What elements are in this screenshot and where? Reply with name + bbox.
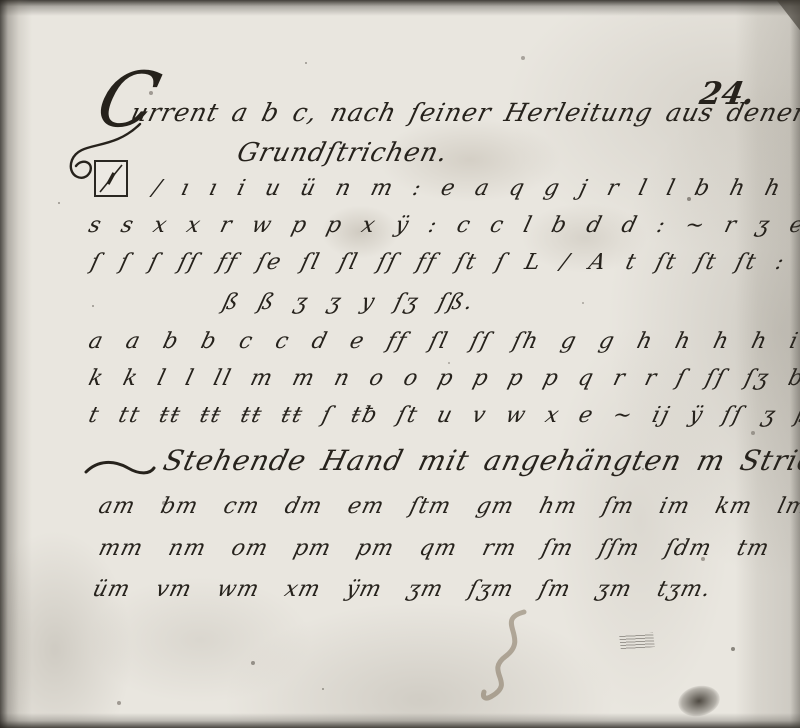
practice-row: a a b b c c d e ff ſl ſſ ſh g g h h h h … <box>86 329 800 354</box>
corner-fold-mark <box>748 0 800 42</box>
practice-row: s s x x r w p p x ÿ : c c l b d d : ~ r … <box>86 213 800 238</box>
combo-row: am bm cm dm em ſtm gm hm ſm im km lm llm <box>96 494 800 519</box>
ink-squiggle-mark <box>468 604 548 708</box>
section-heading: Stehende Hand mit angehängten m Strichen… <box>160 444 800 477</box>
page-edge-bottom <box>0 713 800 728</box>
ink-specks <box>0 0 2 2</box>
combo-row: mm nm om pm pm qm rm ſm ſſm ſdm tm <box>96 536 772 561</box>
practice-row: ∕ ı ı i u ü n m : e a q g j r l l b h h … <box>150 176 800 201</box>
scratch-mark <box>619 632 655 651</box>
ink-smudge <box>675 682 722 720</box>
grundstrich-box <box>94 160 128 197</box>
practice-row: k k l l ll m m n o o p p p p q r r ſ ſſ … <box>86 366 800 391</box>
heading-swash <box>84 458 156 480</box>
manuscript-page: 24. C urrent a b c, nach ſeiner Herleitu… <box>0 0 800 728</box>
practice-row: t tt ŧŧ ŧŧ ŧŧ ŧŧ ſ ŧƀ ſt u v w x e ~ ij … <box>86 403 800 428</box>
page-edge-top <box>0 0 800 16</box>
title-line-2: Grundſtrichen. <box>234 138 451 168</box>
grundstrich-stroke-icon <box>96 162 126 195</box>
title-line-1: urrent a b c, nach ſeiner Herleitung aus… <box>128 98 800 127</box>
combo-row: üm vm wm xm ÿm ʒm ſʒm ſm ʒm tʒm. <box>90 577 714 602</box>
practice-row: ß ß ʒ ʒ y ſʒ ſß. <box>220 290 477 315</box>
page-edge-left <box>0 0 32 728</box>
practice-row: ſ ſ ſ ſſ ff ſe ſl ſl ſſ ff ſt ſ L ∕ A t … <box>88 250 788 275</box>
